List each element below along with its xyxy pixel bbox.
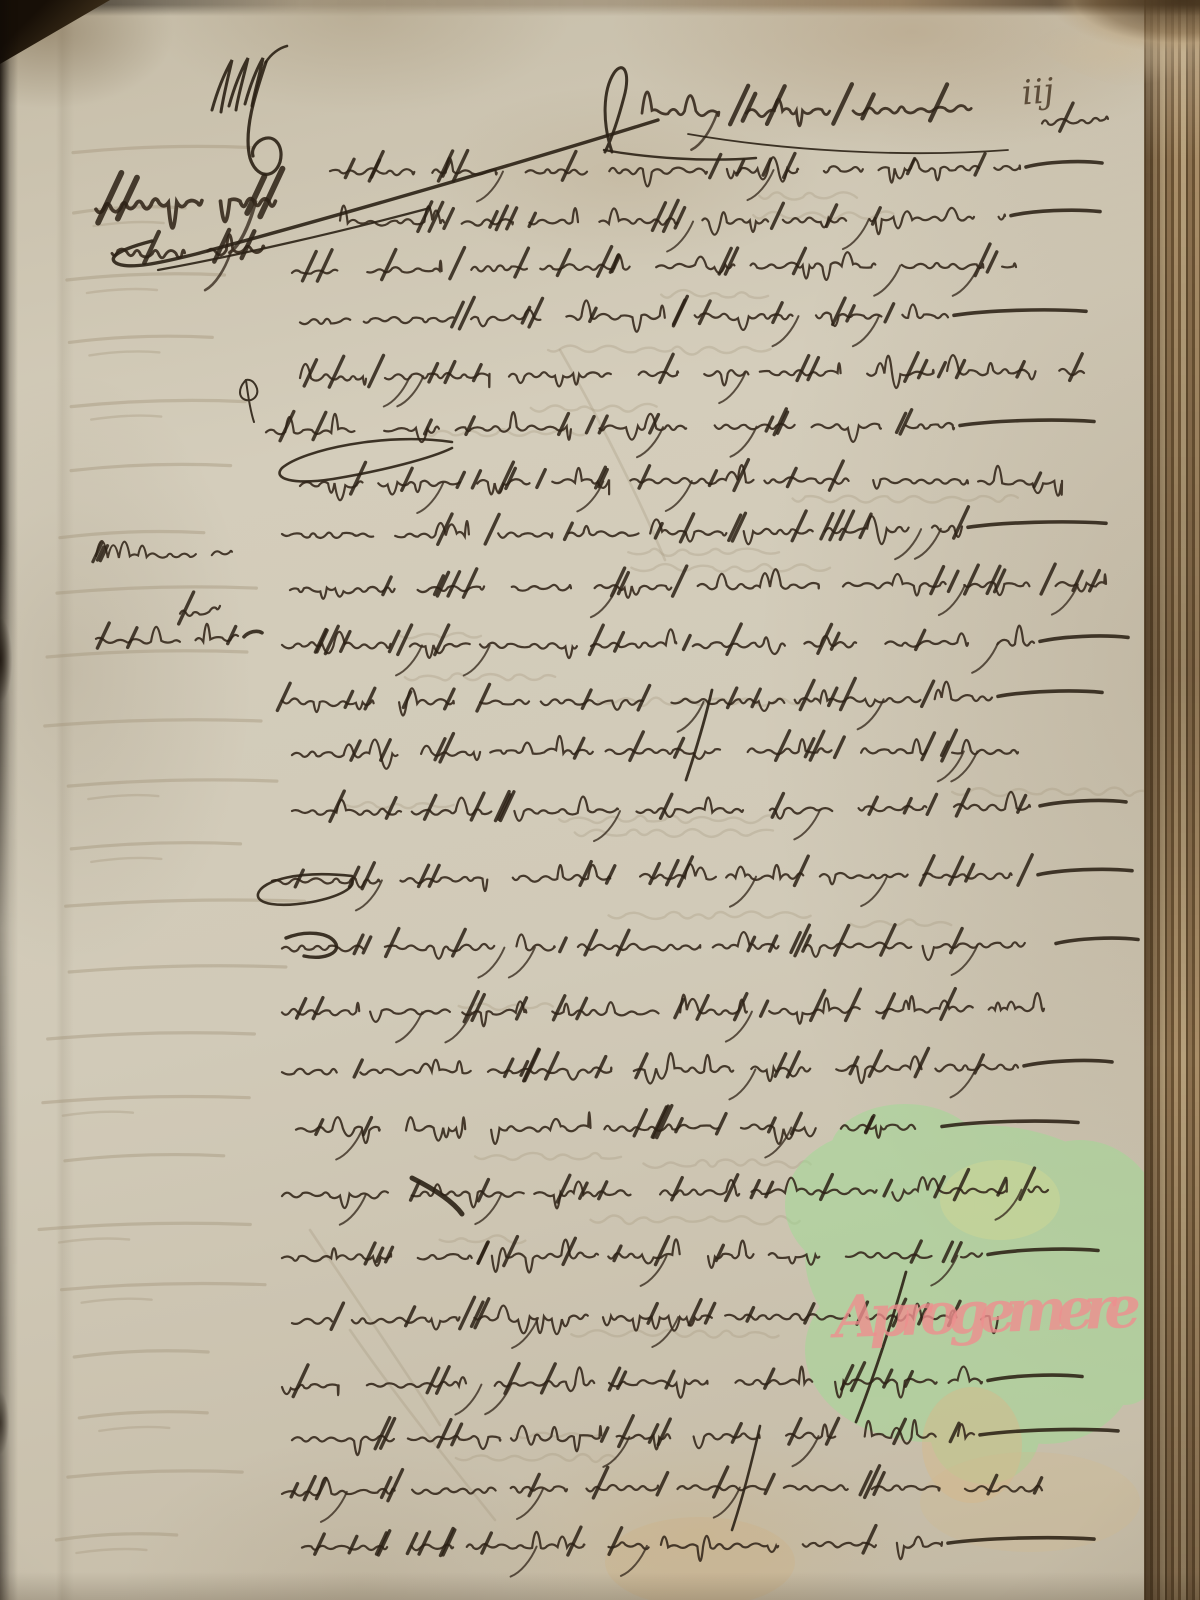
manuscript-photo: Aprogemere iij Arro gmegs bancavegs — ca… [0,0,1200,1600]
handwriting-layer: Aprogemere iij [0,0,1200,1600]
left-edge-nick-lower [0,1392,9,1454]
folio-number: iij [1020,71,1056,114]
book-left-edge-shadow [0,0,18,1600]
left-edge-nick-upper [0,618,12,702]
margin-notes-handwriting [93,169,283,648]
watermark-text: Aprogemere [828,1273,1143,1352]
paper-stain-yellow [940,1160,1060,1240]
bottom-edge-shadow [0,1572,1200,1600]
book-fore-edge [1144,0,1200,1600]
